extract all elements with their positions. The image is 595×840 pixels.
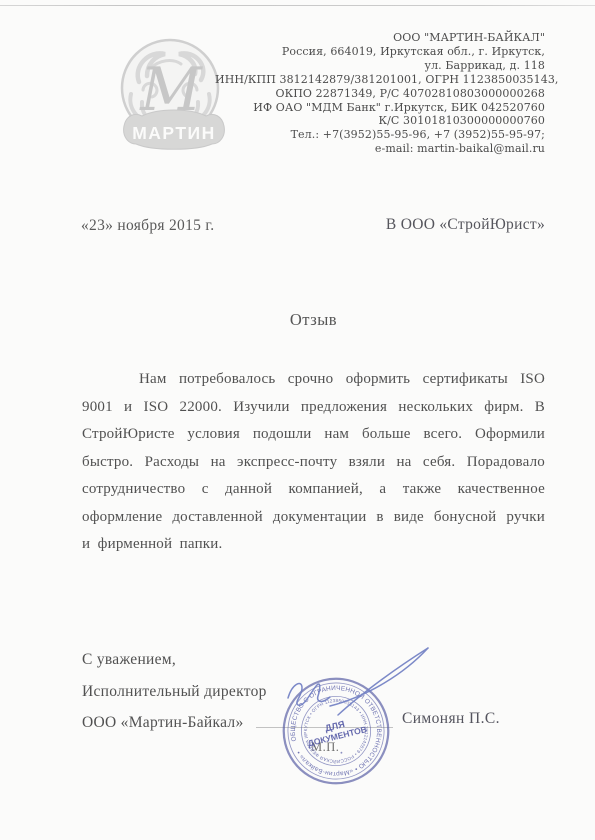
letterhead-line-phone: Тел.: +7(3952)55-95-96, +7 (3952)55-95-9… — [215, 128, 545, 142]
letter-title: Отзыв — [82, 310, 545, 330]
letterhead-line-okpo-rs: ОКПО 22871349, Р/С 40702810803000000268 — [215, 87, 545, 101]
letterhead-line-email: e-mail: martin-baikal@mail.ru — [215, 142, 545, 156]
closing-company: ООО «Мартин-Байкал» — [82, 707, 267, 739]
closing-position: Исполнительный директор — [82, 676, 267, 708]
letterhead-line-company: ООО "МАРТИН-БАЙКАЛ" — [215, 31, 545, 45]
letter-page: М МАРТИН ООО "МАРТИН-БАЙКАЛ" Россия, 664… — [0, 0, 595, 840]
letterhead-line-bank: ИФ ОАО "МДМ Банк" г.Иркутск, БИК 0425207… — [215, 101, 545, 115]
letterhead-line-address2: ул. Баррикад, д. 118 — [215, 59, 545, 73]
closing-regards: С уважением, — [82, 644, 267, 676]
company-logo: М МАРТИН — [117, 38, 230, 152]
signature-upstroke — [338, 648, 428, 715]
closing-block: С уважением, Исполнительный директор ООО… — [82, 644, 267, 739]
signature-loops — [288, 683, 330, 705]
handwritten-signature — [268, 628, 448, 738]
scan-artifact-line — [0, 5, 595, 6]
letterhead-line-inn-ogrn: ИНН/КПП 3812142879/381201001, ОГРН 11238… — [215, 73, 545, 87]
logo-banner-label: МАРТИН — [132, 123, 216, 143]
letter-date: «23» ноября 2015 г. — [81, 217, 214, 235]
letterhead-line-ks: К/С 30101810300000000760 — [215, 114, 545, 128]
letter-addressee: В ООО «СтройЮрист» — [386, 216, 545, 234]
letterhead-line-address1: Россия, 664019, Иркутская обл., г. Иркут… — [215, 45, 545, 59]
letterhead: ООО "МАРТИН-БАЙКАЛ" Россия, 664019, Ирку… — [215, 31, 545, 156]
letter-body: Нам потребовалось срочно оформить сертиф… — [82, 366, 545, 559]
stamp-dot — [340, 752, 342, 754]
